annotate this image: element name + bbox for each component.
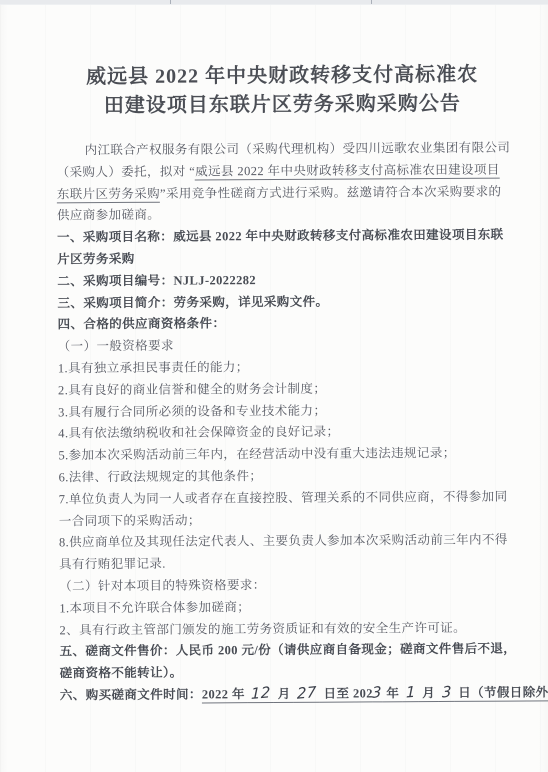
document-line: 4.具有依法缴纳税收和社会保障资金的良好记录；: [58, 421, 510, 446]
text-segment: 供应商参加磋商。: [57, 208, 160, 223]
document-line: 1.具有独立承担民事责任的能力；: [58, 356, 510, 381]
text-segment: 二、采购项目编号：NJLJ-2022282: [57, 273, 256, 288]
handwritten-text: 12: [248, 685, 274, 701]
text-segment: （采购人）委托，拟对 “: [57, 164, 196, 179]
underlined-text: 12: [248, 687, 274, 703]
underlined-text: 月: [419, 686, 439, 702]
text-segment: 4.具有依法缴纳税收和社会保障资金的良好记录；: [58, 425, 339, 441]
text-segment: （一）一般资格要求: [58, 339, 174, 354]
document-line: 5.参加本次采购活动前三年内，在经营活动中没有重大违法违规记录；: [58, 443, 510, 468]
document-line: 3.具有履行合同所必须的设备和专业技术能力；: [58, 399, 510, 424]
underlined-text: 3: [439, 686, 455, 702]
text-segment: 内江联合产权服务有限公司（采购代理机构）受四川远歌农业集团有限公司: [85, 141, 511, 158]
text-segment: 具有行贿犯罪记录.: [59, 557, 166, 572]
text-segment: ”采用竞争性磋商方式进行采购。兹邀请符合本次采购要求的: [160, 184, 501, 200]
document-line: （二）针对本项目的特殊资格要求：: [59, 573, 511, 598]
document-line: 供应商参加磋商。: [57, 203, 509, 228]
document-line: （采购人）委托，拟对 “威远县 2022 年中央财政转移支付高标准农田建设项目: [57, 159, 509, 184]
text-segment: 磋商资格不能转让）。: [60, 666, 183, 681]
underlined-text: 1: [403, 686, 419, 702]
document-line: 一、采购项目名称：威远县 2022 年中央财政转移支付高标准农田建设项目东联: [57, 225, 509, 250]
handwritten-text: 3: [371, 685, 383, 700]
text-segment: 8.供应商单位及其现任法定代表人、主要负责人参加本次采购活动前三年内不得: [59, 533, 508, 550]
handwritten-text: 27: [294, 684, 320, 700]
underlined-text: 威远县 2022 年中央财政转移支付高标准农田建设项目: [195, 162, 500, 180]
document-line: 磋商资格不能转让）。: [60, 661, 512, 686]
document-line: 一合同项下的采购活动；: [59, 508, 511, 533]
text-segment: 一、采购项目名称：威远县 2022 年中央财政转移支付高标准农田建设项目东联: [57, 228, 504, 245]
document-line: 具有行贿犯罪记录.: [59, 552, 511, 577]
document-line: 2.具有良好的商业信誉和健全的财务会计制度；: [58, 377, 510, 402]
underlined-text: 东联片区劳务采购: [57, 186, 160, 203]
text-segment: 一合同项下的采购活动；: [59, 513, 201, 528]
document-line: 内江联合产权服务有限公司（采购代理机构）受四川远歌农业集团有限公司: [56, 138, 508, 163]
underlined-text: 月: [274, 687, 294, 703]
text-segment: 六、购买磋商文件时间：: [60, 687, 202, 702]
underlined-text: 日至 202: [320, 686, 373, 702]
text-segment: 7.单位负责人为同一人或者存在直接控股、管理关系的不同供应商，不得参加同: [59, 489, 508, 506]
text-segment: 片区劳务采购: [57, 252, 134, 266]
underlined-text: 日（节假日除外）。: [455, 685, 548, 702]
text-segment: 2.具有良好的商业信誉和健全的财务会计制度；: [58, 381, 326, 397]
document-line: 六、购买磋商文件时间：2022 年 12 月 27 日至 2023 年 1 月 …: [60, 682, 512, 707]
document-line: 四、合格的供应商资格条件：: [58, 312, 510, 337]
handwritten-text: 1: [403, 684, 419, 700]
document-body: 内江联合产权服务有限公司（采购代理机构）受四川远歌农业集团有限公司（采购人）委托…: [56, 138, 511, 707]
text-segment: 5.参加本次采购活动前三年内，在经营活动中没有重大违法违规记录；: [58, 446, 455, 462]
underlined-text: 3: [373, 686, 383, 702]
text-segment: 2、具有行政主管部门颁发的施工劳务资质证和有效的安全生产许可证。: [59, 620, 466, 636]
document-line: 2、具有行政主管部门颁发的施工劳务资质证和有效的安全生产许可证。: [59, 617, 511, 642]
text-segment: （二）针对本项目的特殊资格要求：: [59, 578, 265, 593]
document-line: 二、采购项目编号：NJLJ-2022282: [57, 268, 509, 293]
underlined-text: 2022 年: [202, 687, 249, 703]
document-line: 8.供应商单位及其现任法定代表人、主要负责人参加本次采购活动前三年内不得: [59, 530, 511, 555]
text-segment: 四、合格的供应商资格条件：: [58, 317, 226, 332]
scanned-document-page: 威远县 2022 年中央财政转移支付高标准农 田建设项目东联片区劳务采购采购公告…: [0, 0, 548, 772]
title-line-2: 田建设项目东联片区劳务采购采购公告: [56, 90, 508, 122]
document-line: 片区劳务采购: [57, 247, 509, 272]
text-segment: 3.具有履行合同所必须的设备和专业技术能力；: [58, 403, 326, 419]
document-line: 东联片区劳务采购”采用竞争性磋商方式进行采购。兹邀请符合本次采购要求的: [57, 181, 509, 206]
text-segment: 1.本项目不允许联合体参加磋商；: [59, 600, 250, 615]
document-line: 7.单位负责人为同一人或者存在直接控股、管理关系的不同供应商，不得参加同: [59, 486, 511, 511]
text-segment: 三、采购项目简介：劳务采购，详见采购文件。: [57, 294, 328, 310]
document-line: 1.本项目不允许联合体参加磋商；: [59, 595, 511, 620]
text-segment: 1.具有独立承担民事责任的能力；: [58, 360, 249, 375]
text-segment: 五、磋商文件售价：人民币 200 元/份（请供应商自备现金；磋商文件售后不退，: [60, 642, 517, 659]
handwritten-text: 3: [439, 684, 455, 700]
title-line-1: 威远县 2022 年中央财政转移支付高标准农: [56, 61, 508, 93]
underlined-text: 27: [294, 687, 320, 703]
document-line: 三、采购项目简介：劳务采购，详见采购文件。: [57, 290, 509, 315]
document-content: 威远县 2022 年中央财政转移支付高标准农 田建设项目东联片区劳务采购采购公告…: [0, 0, 548, 772]
document-line: 6.法律、行政法规规定的其他条件；: [58, 465, 510, 490]
document-title: 威远县 2022 年中央财政转移支付高标准农 田建设项目东联片区劳务采购采购公告: [56, 61, 508, 122]
document-line: 五、磋商文件售价：人民币 200 元/份（请供应商自备现金；磋商文件售后不退，: [60, 639, 512, 664]
underlined-text: 年: [383, 686, 403, 702]
document-line: （一）一般资格要求: [58, 334, 510, 359]
text-segment: 6.法律、行政法规规定的其他条件；: [59, 469, 263, 484]
